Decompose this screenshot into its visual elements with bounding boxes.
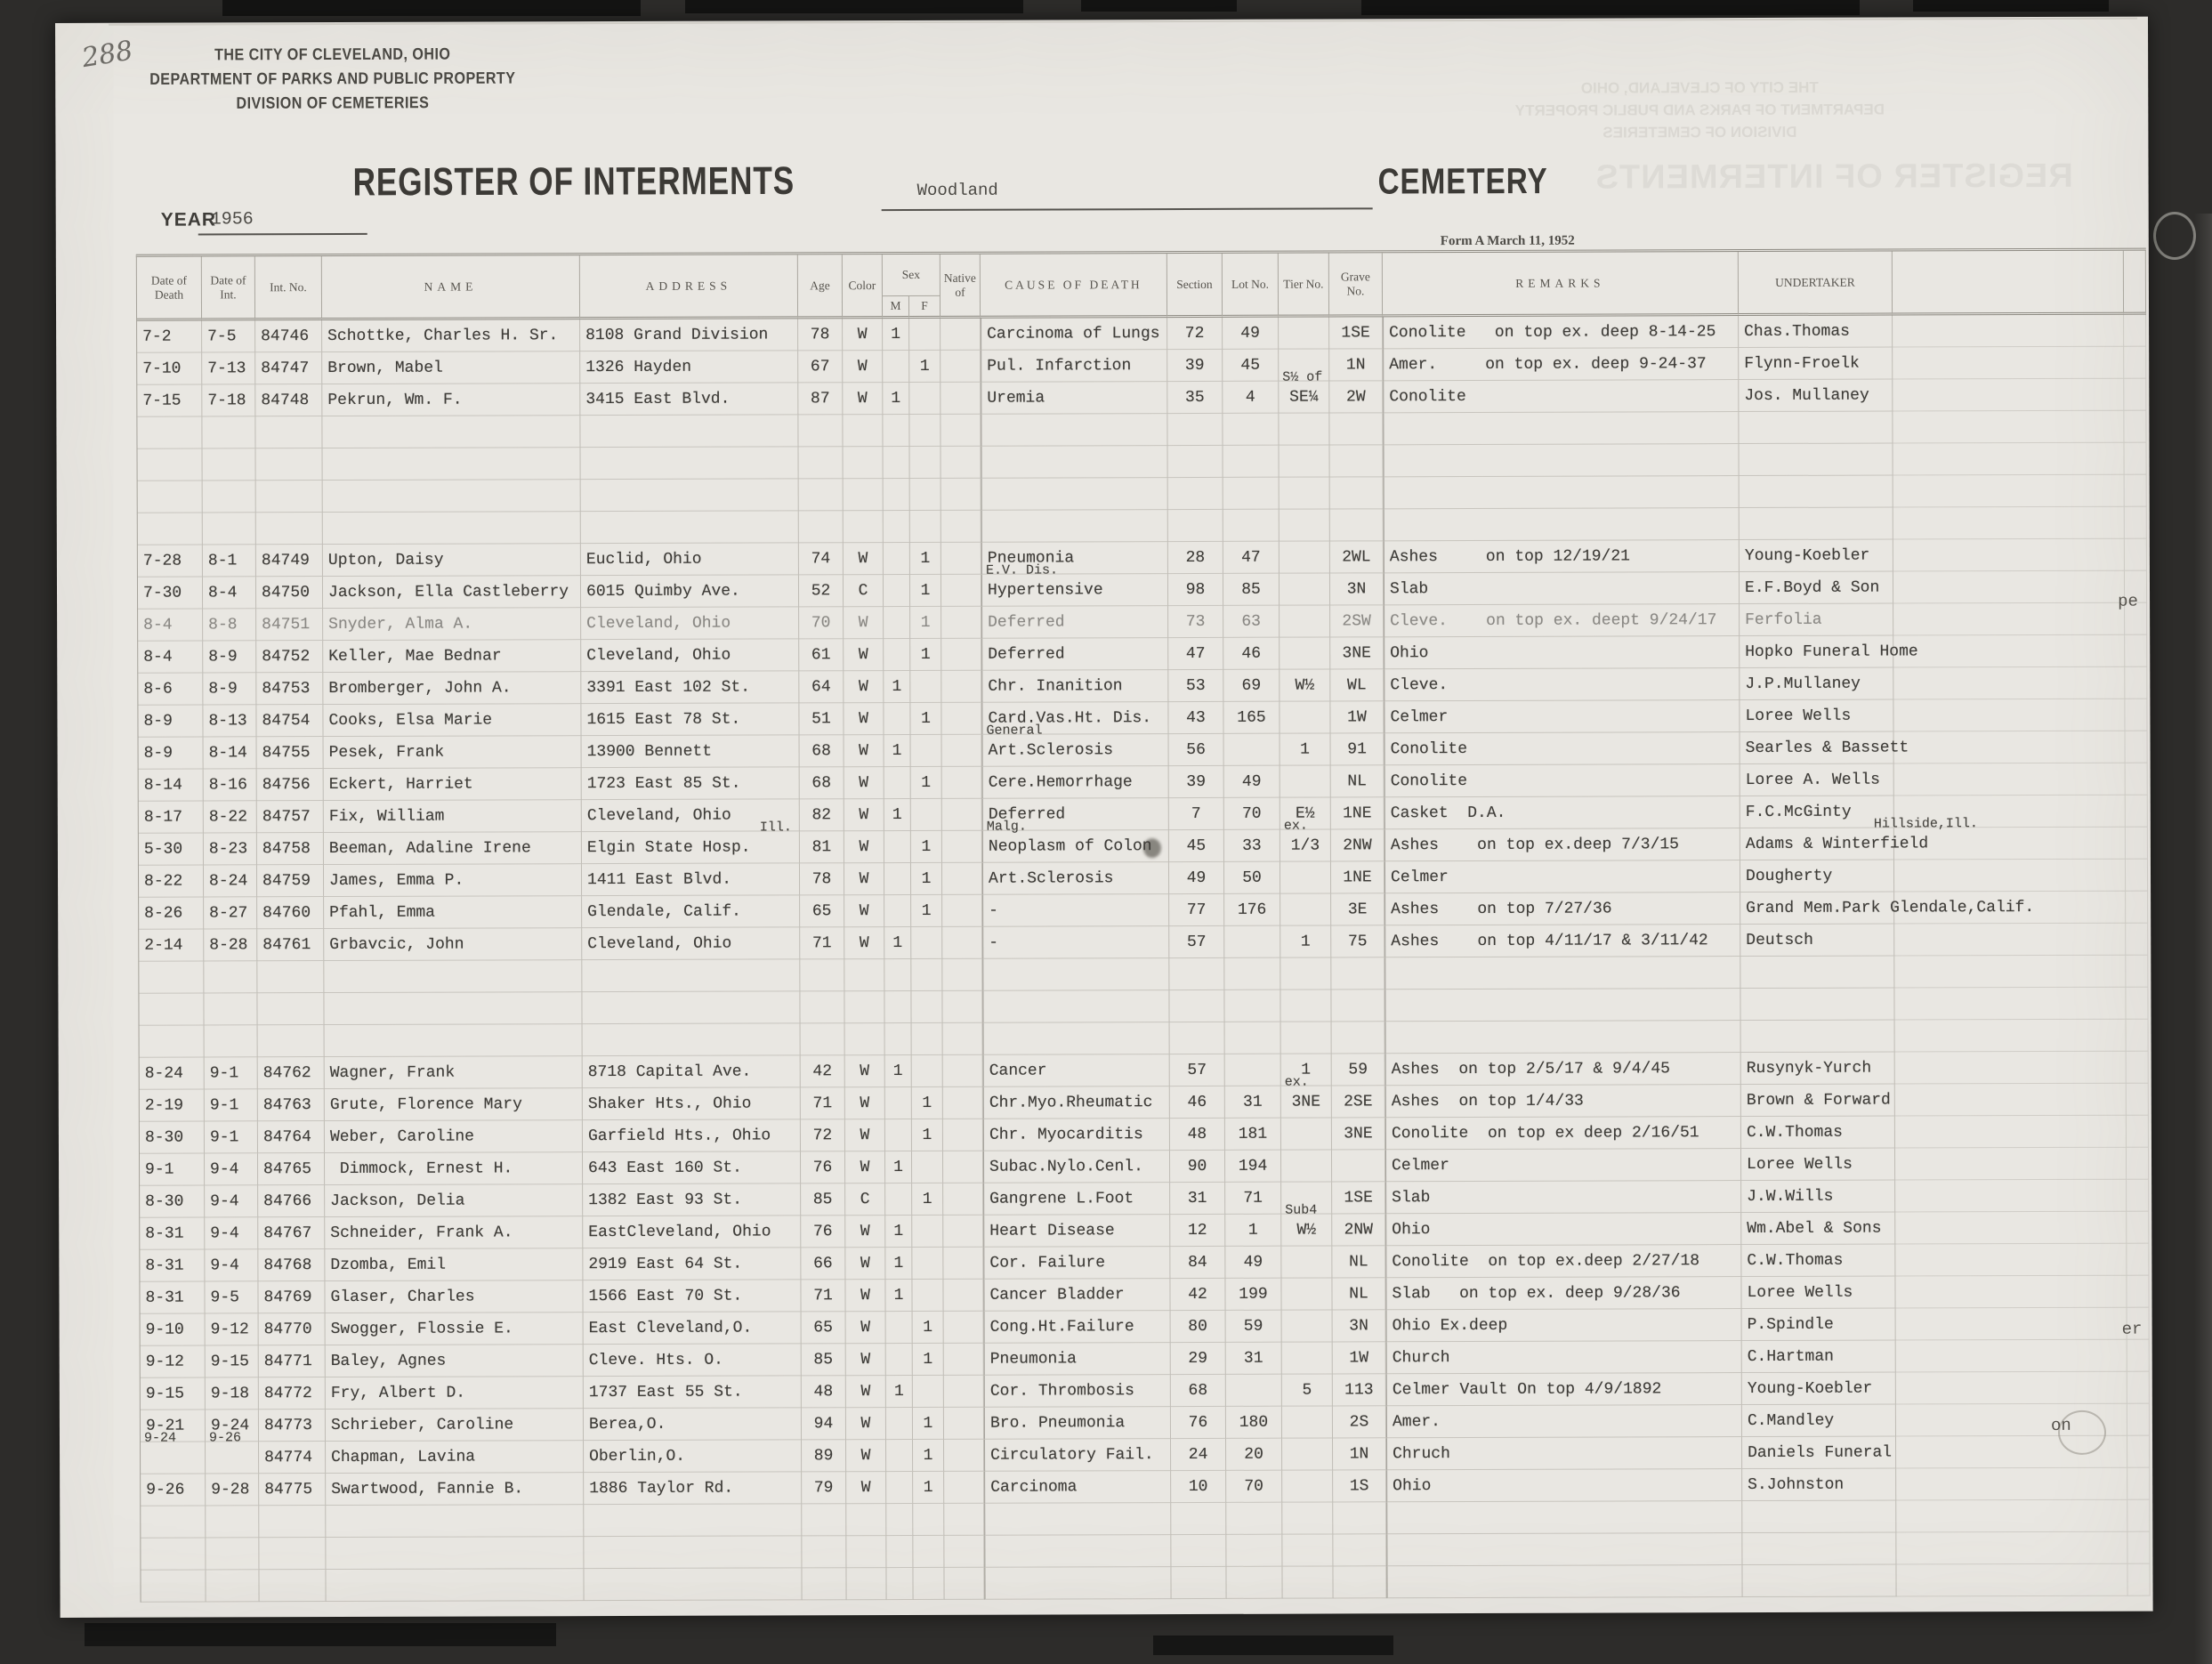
cell-no [255, 416, 322, 448]
col-undertaker: UNDERTAKER [1739, 252, 1893, 317]
cell-value: 3NE [1342, 644, 1370, 662]
cell-x2 [2124, 443, 2146, 475]
cell-und: Hopko Funeral Home [1740, 636, 1893, 669]
cell-m: 1 [884, 799, 911, 831]
cell-rem: Ashes on top 12/19/21 [1384, 540, 1740, 573]
cell-di: 8-1 [203, 545, 256, 577]
cell-value: 2W [1346, 388, 1366, 406]
cell-value: 2SE [1344, 1093, 1372, 1111]
cell-value: Deferred [988, 613, 1064, 631]
cell-dd [138, 448, 203, 481]
cell-value: 1 [922, 1126, 932, 1143]
cell-value: 7-30 [143, 584, 182, 602]
cell-value: 84758 [262, 840, 311, 858]
cell-grave: 1NE [1331, 797, 1385, 829]
cell-addr: 3415 East Blvd. [580, 383, 798, 416]
cell-value: 20 [1244, 1445, 1263, 1463]
cell-rem: Celmer [1384, 700, 1740, 733]
cell-rem [1385, 957, 1740, 990]
cell-value: W [860, 1095, 869, 1112]
cell-dd: 8-14 [139, 769, 204, 801]
cell-lot: 59 [1226, 1311, 1282, 1343]
cell-addr [581, 479, 799, 512]
cell-m: 1 [883, 383, 909, 415]
cell-und: Young-Koebler [1740, 540, 1893, 573]
cell-rem: Conolite on top ex. deep 8-14-25 [1383, 316, 1739, 349]
cell-di [204, 961, 257, 993]
scan-bar [222, 0, 641, 16]
cell-addr: 1737 East 55 St. [584, 1376, 802, 1409]
cell-name: Weber, Caroline [325, 1120, 583, 1153]
cell-value: W½ [1296, 676, 1315, 694]
col-section: Section [1167, 254, 1223, 318]
cell-grave: 1S [1333, 1470, 1386, 1502]
cell-value: 78 [812, 870, 832, 888]
cell-sec [1171, 1503, 1226, 1535]
cell-und: Chas.Thomas [1739, 316, 1893, 349]
cell-value: 3N [1347, 580, 1367, 598]
cell-value: 39 [1185, 356, 1205, 374]
cell-value: 8-31 [145, 1224, 183, 1242]
cell-age: 74 [799, 543, 844, 575]
cell-age: 82 [800, 799, 844, 831]
cell-x1 [1893, 571, 2125, 604]
cell-m [886, 1440, 913, 1472]
cell-und: Hillside,Ill.Adams & Winterfield [1740, 828, 1894, 861]
cell-age [799, 479, 844, 511]
cell-tier [1282, 1502, 1333, 1534]
cell-dd: 8-26 [139, 897, 204, 929]
cell-native [943, 1055, 983, 1087]
cell-value: 8-1 [208, 552, 237, 569]
cell-cause: Chr. Myocarditis [983, 1119, 1170, 1151]
cell-value: 8-14 [209, 744, 247, 762]
cell-value: 85 [1241, 580, 1261, 598]
cell-name [326, 1537, 584, 1570]
scan-bar [85, 1623, 556, 1646]
cell-x1 [1895, 1052, 2127, 1085]
cell-value: Upton, Daisy [328, 551, 444, 569]
cell-und [1742, 1533, 1896, 1566]
cell-value: - [989, 901, 998, 919]
cell-value: 98 [1186, 580, 1206, 598]
cell-addr [581, 511, 799, 544]
cell-value: J.W.Wills [1747, 1187, 1833, 1205]
cell-x2 [2126, 924, 2148, 956]
cell-tier [1282, 1310, 1333, 1342]
cell-cause: Carcinoma of Lungs [981, 318, 1167, 351]
cell-value: 2-19 [145, 1096, 183, 1114]
cell-rem [1384, 508, 1740, 541]
cell-lot: 70 [1226, 1471, 1282, 1503]
cell-value: 84774 [264, 1449, 312, 1466]
cell-sec [1167, 414, 1223, 446]
cell-color [845, 1023, 885, 1055]
cell-note: General [986, 724, 1042, 738]
col-color: Color [843, 254, 883, 319]
cell-value: 53 [1186, 676, 1206, 694]
cell-no: 84757 [257, 801, 324, 833]
cell-native [941, 447, 981, 479]
cell-value: 194 [1239, 1157, 1267, 1175]
cell-value: Slab [1392, 1189, 1430, 1207]
cell-value: 84759 [262, 872, 311, 890]
cell-value: 8108 Grand Division [585, 326, 768, 344]
cell-und: Ferfolia [1740, 604, 1893, 637]
cell-sec: 53 [1168, 670, 1223, 702]
cell-color: W [844, 703, 884, 735]
cell-value: Cere.Hemorrhage [989, 773, 1133, 792]
cell-addr: Cleveland, Ohio [581, 607, 799, 640]
cell-x1 [1896, 1564, 2127, 1597]
cell-x1 [1895, 1212, 2127, 1245]
cell-m [884, 767, 911, 799]
cell-x1 [1893, 507, 2125, 540]
cell-x2 [2124, 347, 2146, 379]
cell-value: 1/3 [1291, 836, 1320, 854]
cell-value: Conolite on top ex deep 2/16/51 [1392, 1124, 1699, 1143]
cell-rem: Ashes on top 4/11/17 & 3/11/42 [1385, 925, 1740, 957]
cell-sec: 57 [1170, 1054, 1225, 1086]
cell-x1 [1896, 1468, 2127, 1501]
cell-value: 1 [923, 1190, 932, 1208]
cell-und: Loree A. Wells [1740, 764, 1894, 797]
cell-value: W [861, 1415, 871, 1433]
cell-value: 1 [894, 1383, 904, 1401]
cell-value: 643 East 160 St. [588, 1159, 742, 1177]
cell-value: 1 [920, 549, 930, 567]
cell-no: 84765 [258, 1153, 325, 1185]
cell-grave [1330, 477, 1384, 509]
cell-value: 7-5 [207, 327, 236, 345]
cell-color [846, 1536, 886, 1568]
cell-rem: Conolite on top ex deep 2/16/51 [1385, 1117, 1741, 1150]
cell-f [910, 671, 941, 703]
cell-m [884, 543, 910, 575]
cell-value: 165 [1237, 708, 1265, 726]
cell-x1 [1895, 1148, 2127, 1181]
cell-und: C.Hartman [1742, 1341, 1896, 1374]
cell-note: Malg. [987, 820, 1027, 834]
cell-rem: Chruch [1386, 1437, 1742, 1470]
cell-value: 1 [891, 390, 900, 408]
cell-lot [1225, 1054, 1281, 1086]
bleedthrough-agency: THE CITY OF CLEVELAND, OHIO DEPARTMENT O… [1495, 76, 1904, 143]
cell-color [844, 479, 884, 511]
cell-rem: Ohio [1384, 636, 1740, 669]
cell-value: Jackson, Delia [330, 1191, 464, 1209]
cell-color: W [844, 735, 884, 767]
cell-m [886, 1312, 913, 1344]
cell-lot: 50 [1224, 862, 1280, 894]
cell-x1 [1893, 443, 2124, 476]
cell-value: Fry, Albert D. [331, 1384, 465, 1401]
cell-addr [580, 415, 798, 448]
cell-value: 84755 [262, 744, 311, 762]
cell-f [912, 1055, 943, 1087]
cell-value: 1 [923, 1350, 932, 1368]
cell-name [326, 1505, 584, 1538]
cell-name: Eckert, Harriet [324, 768, 582, 801]
cell-no [259, 1538, 326, 1570]
cell-sec: 68 [1171, 1375, 1226, 1407]
cell-f [910, 479, 941, 511]
cell-tier [1280, 990, 1331, 1022]
cell-color: W [843, 319, 883, 351]
edge-text-fragment: on [2051, 1416, 2071, 1435]
cell-x1 [1896, 1308, 2127, 1341]
cell-grave: 2NW [1332, 1214, 1385, 1246]
cell-x1 [1893, 475, 2125, 508]
cell-di [206, 1506, 259, 1538]
cell-lot [1224, 958, 1280, 990]
cell-lot: 49 [1224, 766, 1280, 798]
cell-grave: 75 [1331, 925, 1385, 957]
cell-lot [1226, 1567, 1282, 1599]
cell-tier: S½ ofSE¼ [1279, 382, 1329, 414]
cell-value: 1 [893, 1223, 903, 1240]
cell-tier [1280, 957, 1331, 990]
cell-value: W [859, 774, 868, 792]
cell-lot: 33 [1224, 830, 1280, 862]
cell-grave [1331, 957, 1385, 990]
cell-x1 [1893, 315, 2124, 348]
cell-note: Sub4 [1285, 1204, 1317, 1217]
col-sex-m: M [883, 296, 909, 319]
cell-x2 [2127, 1052, 2149, 1084]
cell-addr: 1566 East 70 St. [583, 1280, 801, 1313]
cell-rem [1385, 989, 1740, 1022]
cell-sec: 45 [1169, 830, 1224, 862]
cell-color: W [844, 639, 884, 671]
cell-value: 84749 [262, 552, 310, 569]
cell-addr: 13900 Bennett [582, 735, 800, 768]
cell-f: 1 [910, 607, 941, 639]
cell-native [943, 1151, 983, 1183]
cell-value: C.Mandley [1748, 1411, 1834, 1429]
page-title: REGISTER OF INTERMENTS [352, 159, 795, 205]
cell-value: 69 [1242, 676, 1262, 694]
cell-und: F.C.McGinty [1740, 796, 1894, 829]
cell-native [944, 1536, 984, 1568]
cell-m: 1 [885, 1216, 912, 1248]
cell-x1 [1895, 1180, 2127, 1213]
cell-value: Cooks, Elsa Marie [328, 711, 492, 730]
cell-value: Cleveland, Ohio [586, 614, 731, 633]
cell-cause: Bro. Pneumonia [984, 1407, 1171, 1440]
cell-color [843, 415, 883, 447]
cell-value: 9-28 [211, 1481, 249, 1498]
cell-di [202, 416, 255, 448]
cell-lot [1224, 734, 1280, 766]
cell-value: 3E [1348, 901, 1368, 918]
cell-grave: 1N [1329, 349, 1383, 381]
cell-value: 9-4 [210, 1160, 238, 1178]
cell-tier [1282, 1534, 1333, 1566]
cell-name: Beeman, Adaline Irene [324, 832, 582, 865]
cell-no: 84767 [258, 1217, 325, 1249]
cell-color: W [845, 1119, 885, 1151]
cell-lot: 69 [1223, 670, 1280, 702]
cell-m [884, 479, 910, 511]
cell-value: Cancer Bladder [989, 1286, 1124, 1304]
cell-f: 1 [913, 1440, 944, 1472]
cell-tier [1280, 861, 1331, 893]
cell-value: Loree Wells [1747, 1155, 1853, 1173]
cell-age: 71 [801, 1087, 845, 1119]
cell-cause: Deferred [981, 606, 1168, 639]
cell-addr: Glendale, Calif. [582, 895, 800, 928]
cell-note: Hillside,Ill. [1874, 817, 1978, 830]
cell-value: 1 [893, 1255, 903, 1272]
cell-rem [1386, 1501, 1742, 1534]
cell-dd: 9-24 [141, 1442, 206, 1474]
cell-dd [141, 1506, 206, 1538]
cell-m [884, 447, 910, 479]
cell-note: ex. [1284, 820, 1308, 833]
cell-native [941, 575, 981, 607]
cell-value: 5-30 [144, 840, 182, 858]
cell-f [909, 415, 941, 447]
cell-cause [983, 1022, 1170, 1055]
cell-cause [981, 446, 1167, 479]
cell-lot: 47 [1223, 542, 1280, 574]
cell-und: Jos. Mullaney [1739, 380, 1893, 413]
cell-value: 31 [1244, 1349, 1263, 1367]
cell-no: 84758 [257, 833, 324, 865]
cell-native [944, 1440, 984, 1472]
cell-lot: 20 [1226, 1439, 1282, 1471]
cell-name [326, 1569, 584, 1602]
cell-addr: East Cleveland,O. [584, 1312, 802, 1345]
cell-no: 84764 [258, 1121, 325, 1153]
cell-value: Subac.Nylo.Cenl. [989, 1158, 1143, 1176]
cell-age: 70 [799, 607, 844, 639]
cell-tier [1280, 893, 1331, 925]
cell-value: Grand Mem.Park Glendale,Calif. [1746, 899, 2034, 917]
cell-value: Schrieber, Caroline [331, 1416, 513, 1434]
cell-value: 8-17 [144, 808, 182, 826]
cell-f [912, 1023, 943, 1055]
cell-value: 72 [1185, 324, 1205, 342]
cell-value: 9-1 [210, 1064, 238, 1082]
cell-age: 65 [802, 1312, 846, 1344]
cell-value: 1737 East 55 St. [589, 1383, 743, 1401]
cell-native [941, 479, 981, 511]
cell-lot: 181 [1225, 1119, 1281, 1151]
cell-value: Dimmock, Ernest H. [330, 1159, 513, 1178]
cell-value: 8-14 [144, 776, 182, 794]
cell-x2 [2124, 379, 2146, 411]
cell-native [941, 383, 981, 415]
cell-rem [1383, 412, 1739, 445]
cell-dd: 7-2 [137, 320, 202, 352]
cell-x1 [1894, 988, 2126, 1021]
cell-value: 7-13 [207, 359, 246, 377]
cell-name [324, 960, 582, 993]
cell-rem: Celmer [1385, 860, 1740, 893]
cell-value: 3415 East Blvd. [585, 390, 730, 408]
cell-und: Dougherty [1740, 860, 1894, 893]
cell-value: 1382 East 93 St. [588, 1191, 742, 1209]
cell-value: 181 [1239, 1125, 1267, 1143]
cell-value: 52 [811, 582, 831, 600]
cell-value: 84754 [262, 712, 310, 730]
page-edge-line [109, 18, 2137, 26]
cell-grave: 3NE [1330, 637, 1384, 669]
scan-bar [1081, 0, 1237, 12]
cell-rem [1386, 1533, 1742, 1566]
cell-value: 8-24 [209, 872, 247, 890]
cell-sec [1171, 1535, 1226, 1567]
cell-value: Chruch [1393, 1445, 1450, 1463]
cell-x2 [2125, 475, 2147, 507]
cell-value: 47 [1241, 548, 1261, 566]
cell-age [802, 1504, 846, 1536]
cell-grave: 1SE [1332, 1182, 1385, 1214]
cell-native [942, 895, 982, 927]
cell-addr: 1411 East Blvd. [582, 863, 800, 896]
cell-tier [1280, 542, 1330, 574]
cell-value: 76 [1189, 1413, 1208, 1431]
cell-value: Flynn-Froelk [1744, 354, 1860, 372]
cell-tier [1280, 702, 1330, 734]
cell-value: 71 [812, 1095, 832, 1112]
cell-sec: 28 [1168, 542, 1223, 574]
cell-cause [981, 510, 1168, 543]
cell-value: 2WL [1342, 548, 1370, 566]
cell-value: 8-9 [208, 648, 237, 666]
cell-value: W½ [1296, 1221, 1316, 1239]
cell-rem: Celmer [1385, 1149, 1741, 1182]
cell-m: 1 [885, 1151, 912, 1183]
cell-rem: Ohio [1386, 1469, 1742, 1502]
cell-f: 1 [913, 1312, 944, 1344]
cell-value: W [860, 1319, 870, 1337]
cell-x1 [1896, 1372, 2127, 1405]
cell-x2 [2126, 796, 2148, 828]
cell-value: 76 [813, 1223, 833, 1240]
cell-value: 7-10 [142, 359, 181, 377]
cell-cause: Chr. Inanition [981, 670, 1168, 703]
cell-f: 1 [911, 895, 942, 927]
cemetery-label: CEMETERY [1377, 161, 1547, 203]
cell-value: 64 [811, 678, 831, 696]
cell-no: 84770 [259, 1313, 326, 1345]
cell-sec [1170, 1022, 1225, 1054]
cell-f [911, 927, 942, 959]
cell-no: 84772 [259, 1377, 326, 1410]
cell-age [802, 1568, 846, 1600]
cell-value: Dzomba, Emil [330, 1256, 446, 1273]
cell-color: W [845, 1280, 885, 1312]
cell-value: 199 [1239, 1285, 1267, 1303]
col-grave: Grave No. [1329, 253, 1383, 317]
cell-di [204, 993, 257, 1025]
cell-value: Ohio Ex.deep [1393, 1316, 1508, 1334]
cell-name: Dimmock, Ernest H. [325, 1152, 583, 1185]
cell-value: 57 [1187, 1061, 1207, 1078]
cell-value: 9-15 [211, 1353, 249, 1370]
cell-value: 1 [921, 581, 931, 599]
cell-no: 84756 [257, 769, 324, 801]
cell-value: 8-30 [145, 1192, 183, 1210]
cell-value: Ohio [1390, 644, 1428, 662]
cell-value: Deutsch [1746, 931, 1813, 949]
cell-value: Carcinoma [990, 1478, 1077, 1496]
cell-lot: 176 [1224, 894, 1280, 926]
cell-und [1742, 1501, 1896, 1534]
